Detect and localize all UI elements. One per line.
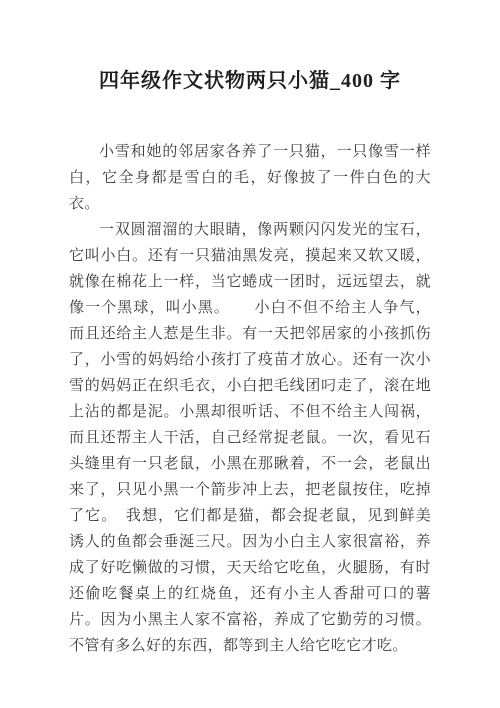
document-page: 四年级作文状物两只小猫_400 字 小雪和她的邻居家各养了一只猫，一只像雪一样白… <box>0 0 500 708</box>
essay-paragraph-2: 一双圆溜溜的大眼睛，像两颗闪闪发光的宝石，它叫小白。还有一只猫油黑发亮，摸起来又… <box>69 217 431 659</box>
page-title: 四年级作文状物两只小猫_400 字 <box>0 0 500 93</box>
essay-body: 小雪和她的邻居家各养了一只猫，一只像雪一样白，它全身都是雪白的毛，好像披了一件白… <box>69 139 431 659</box>
essay-paragraph-1: 小雪和她的邻居家各养了一只猫，一只像雪一样白，它全身都是雪白的毛，好像披了一件白… <box>69 139 431 217</box>
